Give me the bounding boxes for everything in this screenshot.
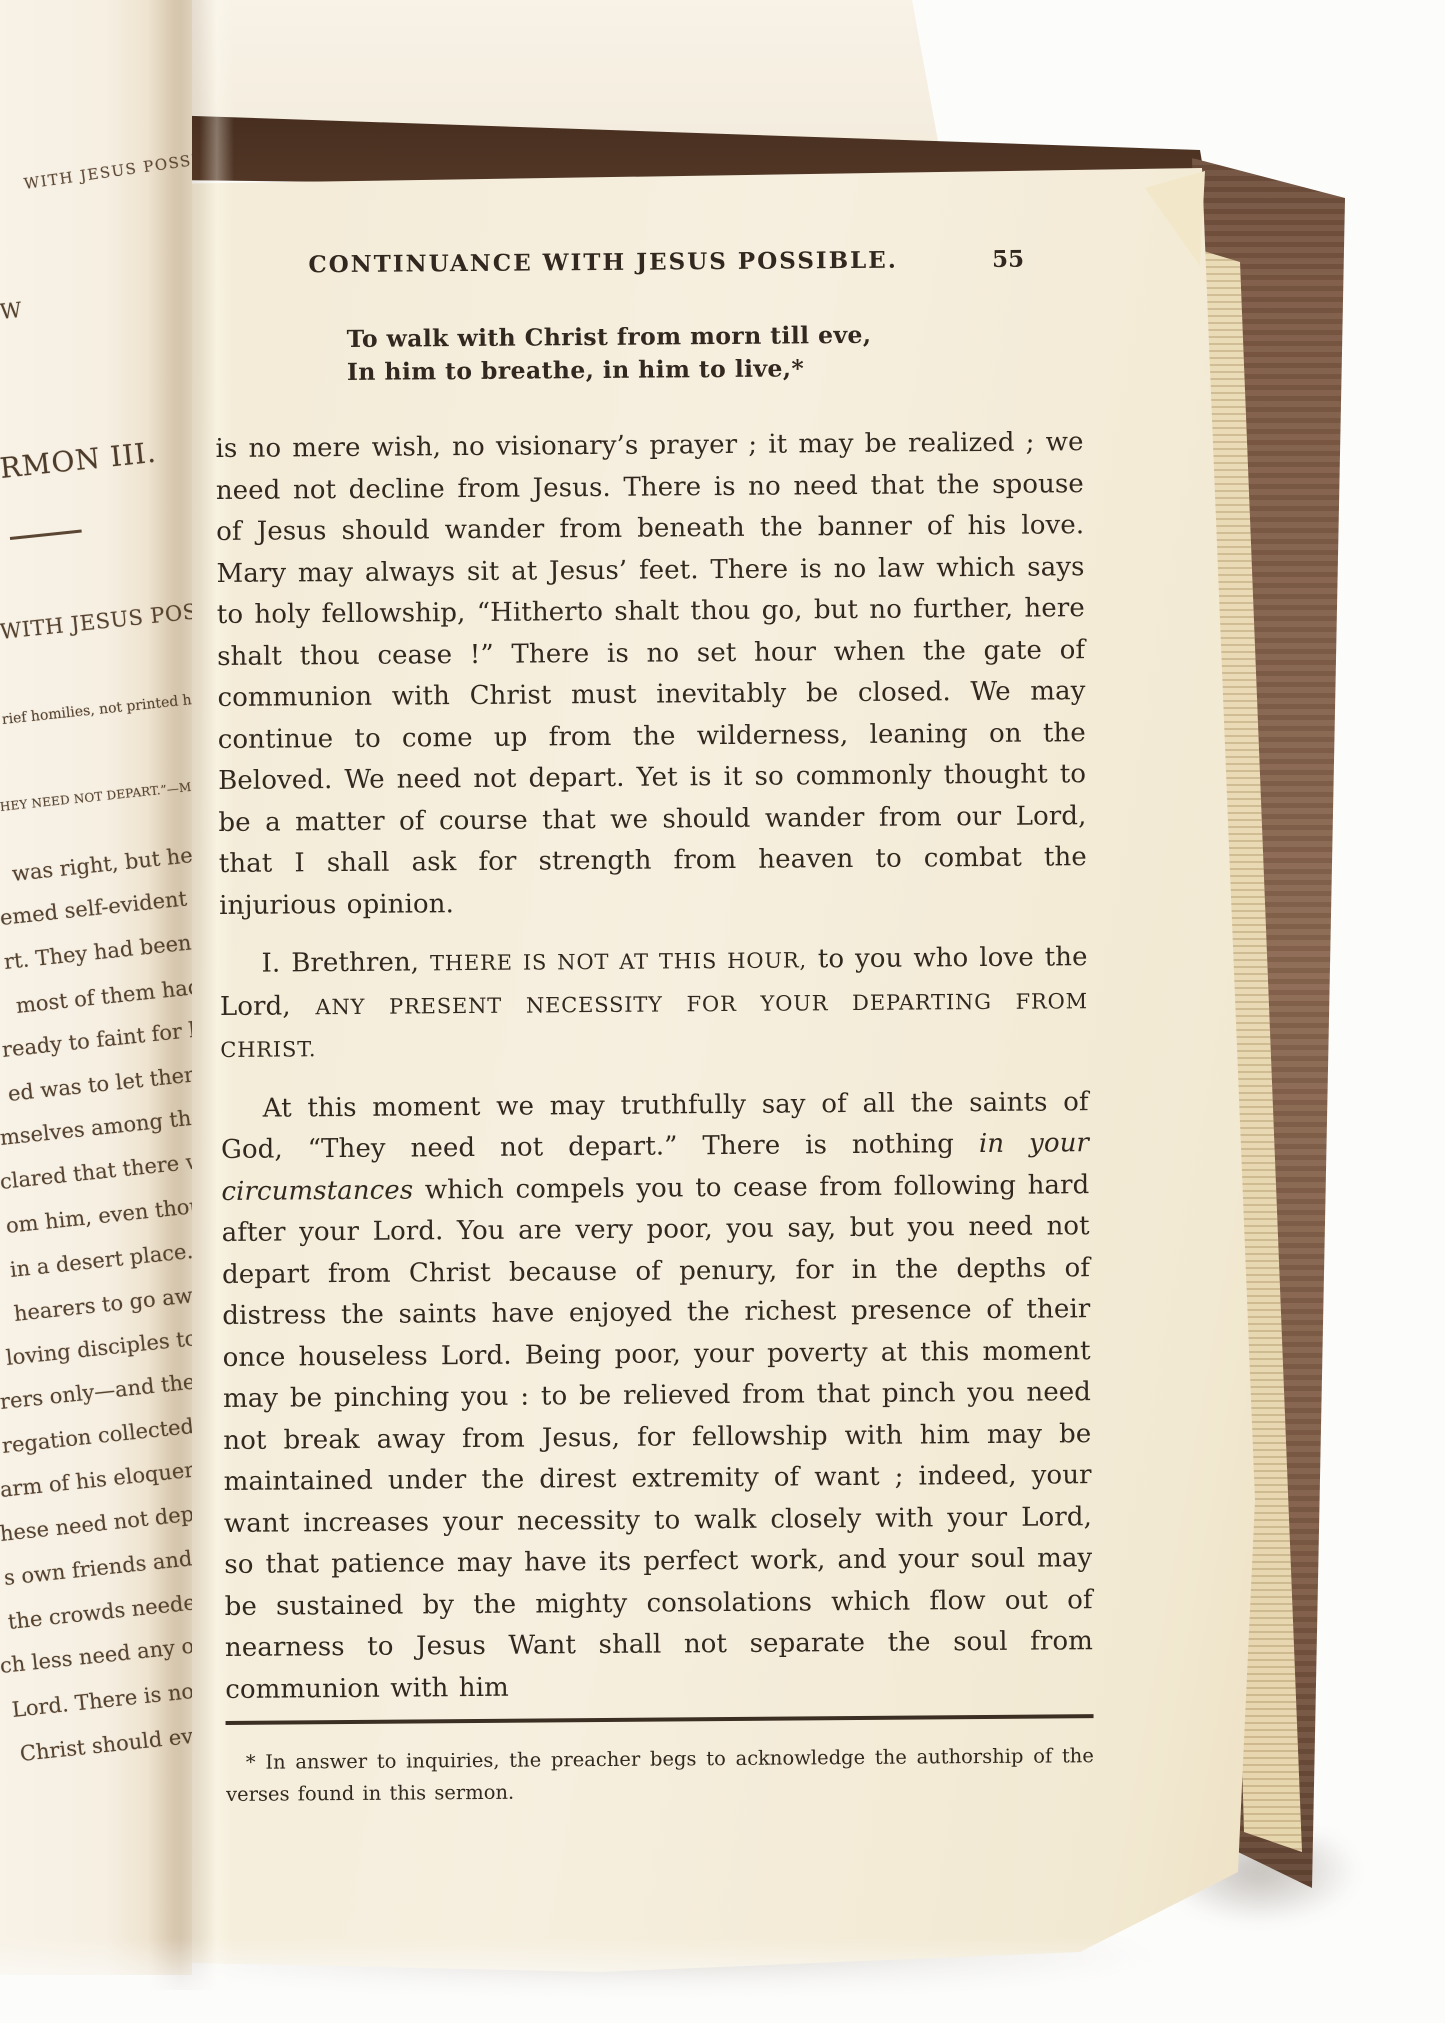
paragraph: I. Brethren, THERE IS NOT AT THIS HOUR, … xyxy=(219,937,1088,1071)
left-page-line: clared that there was no xyxy=(0,1143,192,1194)
left-page-line: emed self-evident that th xyxy=(0,878,192,930)
paragraph-segment: which compels you to cease from followin… xyxy=(222,1170,1093,1705)
left-page-line: arm of his eloquence an xyxy=(0,1451,192,1502)
left-page-line: rief homilies, not printed h xyxy=(1,692,192,728)
left-page-content: WITH JESUS POSSIBLWRMON III.WITH JESUS P… xyxy=(0,0,192,1975)
left-page-line: Lord. There is no ne xyxy=(11,1676,192,1722)
left-page-line: RMON III. xyxy=(0,436,158,485)
book-photo: WITH JESUS POSSIBLWRMON III.WITH JESUS P… xyxy=(0,0,1445,2023)
running-header-title: CONTINUANCE WITH JESUS POSSIBLE. xyxy=(214,245,1082,279)
verse-block: To walk with Christ from morn till eve, … xyxy=(347,317,1083,389)
left-page-line: W xyxy=(0,298,23,324)
footnote: * In answer to inquiries, the preacher b… xyxy=(226,1740,1094,1811)
paragraph-segment: ANY PRESENT NECESSITY FOR YOUR DEPARTING… xyxy=(220,989,1088,1062)
page-header: CONTINUANCE WITH JESUS POSSIBLE. 55 xyxy=(214,245,1082,288)
left-page-line: hese need not depart, m xyxy=(0,1495,192,1546)
left-page-line: WITH JESUS POSSIBL xyxy=(0,594,192,644)
left-page-line: WITH JESUS POSSIBL xyxy=(23,147,192,193)
paragraph: At this moment we may truthfully say of … xyxy=(221,1082,1094,1711)
left-page-line: Christ should ever xyxy=(19,1722,192,1766)
verse-line: In him to breathe, in him to live,* xyxy=(347,350,1083,389)
left-page-rule xyxy=(10,529,82,540)
left-page-line: was right, but he appe xyxy=(11,837,192,886)
left-page-line: ready to faint for hunge xyxy=(1,1012,192,1062)
left-page-line: ch less need any of th xyxy=(0,1630,192,1678)
left-page-line: HEY NEED NOT DEPART.”—Matth xyxy=(0,777,192,814)
paragraph-segment: At this moment we may truthfully say of … xyxy=(221,1087,1089,1165)
left-page-line: the crowds needed not xyxy=(7,1585,192,1634)
paragraph: is no mere wish, no visionary’s prayer ;… xyxy=(215,422,1087,927)
left-page-line: rt. They had been all d xyxy=(3,925,192,974)
footnote-rule xyxy=(226,1714,1094,1725)
page-number: 55 xyxy=(992,246,1024,273)
sermon-body: is no mere wish, no visionary’s prayer ;… xyxy=(215,422,1093,1711)
left-page-line: loving disciples to depa xyxy=(5,1320,192,1370)
left-page-line: om him, even though th xyxy=(5,1188,192,1238)
left-page-line: regation collected by o xyxy=(1,1409,192,1458)
left-page: WITH JESUS POSSIBLWRMON III.WITH JESUS P… xyxy=(0,0,192,1975)
right-page-text: CONTINUANCE WITH JESUS POSSIBLE. 55 To w… xyxy=(214,245,1094,1811)
left-page-line: hearers to go away, m xyxy=(13,1278,192,1326)
left-page-line: in a desert place. Now xyxy=(9,1233,192,1282)
left-page-line: most of them had not xyxy=(15,970,192,1018)
left-page-line: s own friends and comp xyxy=(3,1540,192,1590)
left-page-line: rers only—and the bulk o xyxy=(0,1362,192,1414)
paragraph-segment: THERE IS NOT AT THIS HOUR, xyxy=(430,948,807,975)
paragraph-segment: I. Brethren, xyxy=(261,947,430,978)
left-page-line: mselves among the surr xyxy=(0,1099,192,1150)
left-page-line: ed was to let them brea xyxy=(7,1056,192,1106)
paragraph-segment: is no mere wish, no visionary’s prayer ;… xyxy=(215,427,1086,920)
